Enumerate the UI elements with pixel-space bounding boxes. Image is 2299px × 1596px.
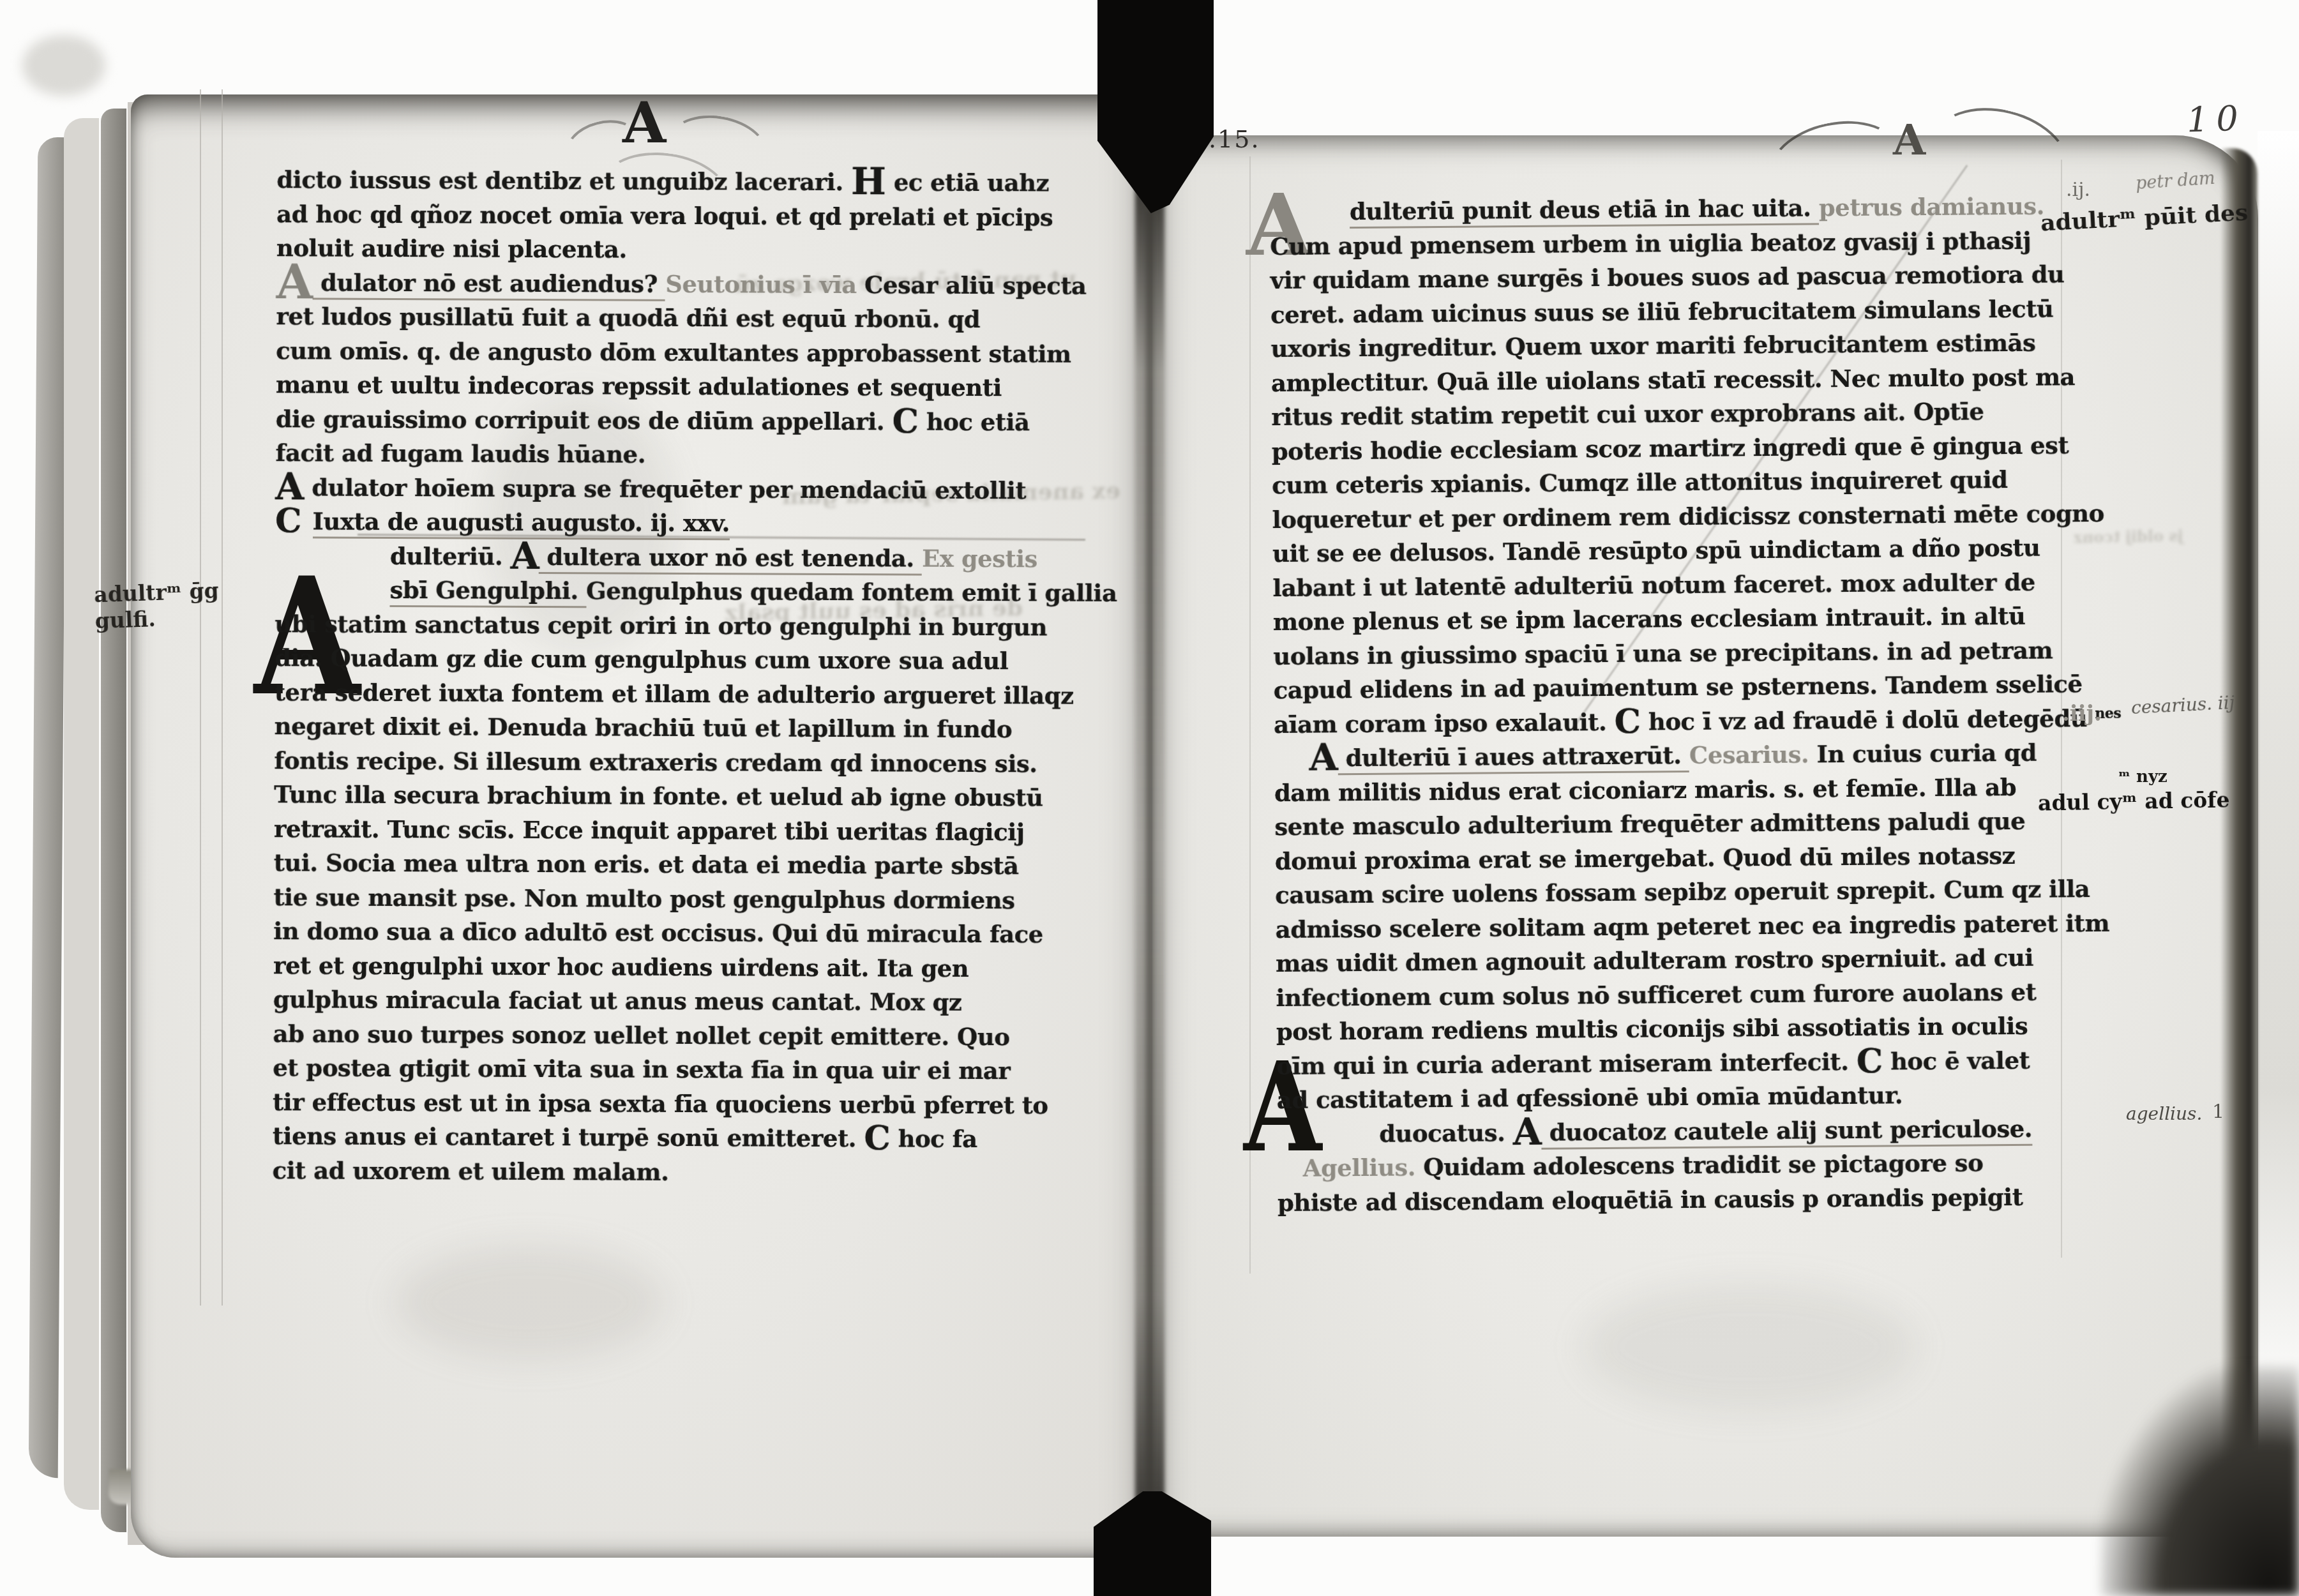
text-segment: A bbox=[1512, 1110, 1541, 1153]
margin-note-adult-superscript: ᵐ nyz bbox=[2118, 767, 2167, 787]
photo-corner-smudge bbox=[22, 35, 105, 96]
text-segment: mas uidit dmen agnouit adulteram rostro … bbox=[1276, 944, 2033, 977]
text-segment: retraxit. Tunc scīs. Ecce inquit apparet… bbox=[274, 815, 1025, 846]
text-line: et postea gtigit omī vita sua in sexta f… bbox=[273, 1053, 1096, 1091]
text-block-left: dicto iussus est dentibz et unguibz lace… bbox=[273, 165, 1101, 1194]
leaf-edge-stack bbox=[101, 109, 126, 1532]
text-segment: C bbox=[864, 1118, 890, 1157]
text-segment: aīam coram ipso exalauit. bbox=[1274, 707, 1615, 738]
text-segment: et postea gtigit omī vita sua in sexta f… bbox=[273, 1053, 1010, 1085]
margin-note-adult-confessione: adul cyᵐ ad cōfe bbox=[2038, 787, 2230, 815]
text-line: phiste ad discendam eloquētiā in causis … bbox=[1278, 1182, 2101, 1223]
text-segment: capud elidens in ad pauimentum se pstern… bbox=[1274, 670, 2083, 704]
text-segment: In cuius curia qd bbox=[1816, 739, 2037, 769]
margin-note-line: adultrᵐ ḡg bbox=[94, 578, 220, 608]
text-line: ubi statim sanctatus cepit oriri in orto… bbox=[275, 610, 1098, 647]
text-segment: domui proxima erat se imergebat. Quod dū… bbox=[1275, 841, 2016, 875]
text-line: tera sederet iuxta fontem et illam de ad… bbox=[275, 678, 1098, 716]
text-segment: uolans in giussimo spaciū ī una se preci… bbox=[1273, 636, 2053, 670]
text-segment: manu et uultu indecoras repssit adulatio… bbox=[276, 370, 1002, 402]
text-line: dulteriū. A dultera uxor nō est tenenda.… bbox=[275, 541, 1099, 579]
bottom-right-shadow bbox=[2100, 1366, 2299, 1596]
text-line: manu et uultu indecoras repssit adulatio… bbox=[276, 370, 1099, 408]
text-segment: A bbox=[276, 255, 313, 310]
text-segment: duocatoz cautele alij sunt periculose. bbox=[1541, 1114, 2032, 1149]
text-segment: Cum apud pmensem urbem in uiglia beatoz … bbox=[1270, 226, 2031, 260]
text-segment: ab ano suo turpes sonoz uellet nollet ce… bbox=[273, 1020, 1009, 1051]
text-block-right: dulteriū punit deus etiā in hac uita. pe… bbox=[1270, 192, 2102, 1223]
text-line: noluit audire nisi placenta. bbox=[276, 234, 1100, 271]
gutter-crease-line bbox=[1147, 211, 1152, 1494]
text-segment: tie sue mansit pse. Non multo post gengu… bbox=[273, 883, 1014, 914]
text-segment: noluit audire nisi placenta. bbox=[276, 234, 627, 263]
text-line: ret et gengulphi uxor hoc audiens uirden… bbox=[273, 951, 1097, 989]
text-line: negaret dixit ei. Denuda brachiū tuū et … bbox=[275, 712, 1098, 749]
text-segment: ad castitatem i ad qfessionē ubi omīa mū… bbox=[1277, 1081, 1903, 1114]
text-line: facit ad fugam laudis hūane. bbox=[275, 439, 1099, 476]
text-segment: dam militis nidus erat ciconiarz maris. … bbox=[1274, 772, 2016, 806]
text-segment: dulator hoīem supra se frequēter per men… bbox=[304, 473, 1026, 504]
text-segment: Tunc illa secura brachium in fonte. et u… bbox=[274, 780, 1043, 811]
text-line: A dulator hoīem supra se frequēter per m… bbox=[275, 473, 1099, 511]
text-segment: Cesar aliū specta bbox=[864, 271, 1087, 300]
header-ornament-right: A bbox=[1893, 115, 1926, 165]
text-segment: hoc fa bbox=[890, 1124, 977, 1153]
margin-note-line: gulfi. bbox=[94, 604, 220, 635]
text-segment: gulphus miracula faciat ut anus meus can… bbox=[273, 985, 962, 1016]
text-segment: uit se ee delusos. Tandē resūpto spū uin… bbox=[1272, 534, 2040, 568]
margin-note-numeral-top: .ij. bbox=[2066, 179, 2090, 201]
text-segment: A bbox=[1309, 735, 1338, 779]
text-line: ab ano suo turpes sonoz uellet nollet ce… bbox=[273, 1020, 1096, 1057]
text-segment: ubi statim sanctatus cepit oriri in orto… bbox=[275, 610, 1047, 641]
text-segment: uxoris ingreditur. Quem uxor mariti febr… bbox=[1270, 329, 2035, 363]
text-segment: ret et gengulphi uxor hoc audiens uirden… bbox=[273, 951, 969, 982]
text-segment: C bbox=[1857, 1041, 1883, 1080]
text-segment: fontis recipe. Si illesum extraxeris cre… bbox=[274, 746, 1037, 778]
text-line: fontis recipe. Si illesum extraxeris cre… bbox=[274, 746, 1097, 784]
text-segment: duocatus. bbox=[1379, 1118, 1513, 1148]
text-segment: Agellius. bbox=[1302, 1153, 1423, 1182]
text-segment: dulteriū ī aues attraxerūt. bbox=[1338, 741, 1689, 775]
text-segment: ceret. adam uicinus suus se iliū februci… bbox=[1270, 294, 2053, 329]
leaf-edge-stack bbox=[29, 137, 68, 1478]
text-segment: hoc etiā bbox=[918, 407, 1029, 436]
text-segment: ec etiā uahz bbox=[886, 168, 1049, 197]
text-segment: tir effectus est ut in ipsa sexta fīa qu… bbox=[273, 1088, 1048, 1119]
text-line: retraxit. Tunc scīs. Ecce inquit apparet… bbox=[274, 815, 1097, 852]
text-segment: facit ad fugam laudis hūane. bbox=[275, 439, 645, 469]
text-segment: H bbox=[851, 160, 886, 203]
margin-note-mark: 1 bbox=[2212, 1101, 2224, 1123]
text-line: cit ad uxorem et uilem malam. bbox=[273, 1156, 1096, 1194]
text-line: ret ludos pusillatū fuit a quodā dñi est… bbox=[276, 302, 1099, 340]
text-segment: sente masculo adulterium frequēter admit… bbox=[1274, 807, 2025, 841]
header-ornament-left: A bbox=[622, 89, 666, 156]
text-segment: cum ceteris xpianis. Cumqz ille attonitu… bbox=[1272, 465, 2008, 499]
text-line: Tunc illa secura brachium in fonte. et u… bbox=[274, 780, 1097, 818]
text-segment: hoc ē valet bbox=[1883, 1046, 2030, 1075]
text-segment: tui. Socia mea ultra non eris. et data e… bbox=[274, 848, 1019, 880]
text-line: C Iuxta de augusti augusto. ij. xxv. bbox=[275, 507, 1099, 545]
text-segment: negaret dixit ei. Denuda brachiū tuū et … bbox=[275, 712, 1013, 743]
text-segment: causam scire uolens fossam sepibz operui… bbox=[1275, 875, 2090, 909]
text-segment: Seutonius ī vīa bbox=[665, 269, 864, 298]
margin-note-adulterium-gengulfi: adultrᵐ ḡg gulfi. bbox=[94, 578, 220, 635]
background-beyond-fore-edge bbox=[2258, 131, 2299, 1408]
folio-number: 10 bbox=[2186, 98, 2247, 140]
text-segment: tiens anus ei cantaret i turpē sonū emit… bbox=[273, 1122, 864, 1152]
leaf-edge-stack bbox=[64, 118, 99, 1510]
text-line: tir effectus est ut in ipsa sexta fīa qu… bbox=[273, 1088, 1096, 1125]
text-line: ad hoc qd qñoz nocet omīa vera loqui. et… bbox=[276, 200, 1100, 237]
text-segment: Gengulphus quedam fontem emit ī gallia bbox=[586, 576, 1117, 607]
text-segment: C bbox=[892, 402, 918, 440]
text-segment: dulteriū punit deus etiā in hac uita. bbox=[1350, 193, 1819, 229]
text-segment: Cesarius. bbox=[1689, 740, 1817, 769]
text-line: tie sue mansit pse. Non multo post gengu… bbox=[273, 883, 1097, 921]
text-line: tiens anus ei cantaret i turpē sonū emit… bbox=[273, 1122, 1096, 1159]
text-line: tui. Socia mea ultra non eris. et data e… bbox=[274, 848, 1097, 886]
text-line: dia. Quadam gz die cum gengulphus cum ux… bbox=[275, 644, 1098, 681]
text-line: in domo sua a dīco adultō est occisus. Q… bbox=[273, 917, 1097, 954]
text-line: cum omīs. q. de angusto dōm exultantes a… bbox=[276, 336, 1099, 374]
margin-note-agellius: agellius. bbox=[2126, 1103, 2202, 1124]
text-segment: dulator nō est audiendus? bbox=[313, 268, 666, 301]
text-segment: labant i ut latentē adulteriū notum face… bbox=[1272, 568, 2035, 601]
text-segment: post horam rediens multis ciconijs sibi … bbox=[1276, 1012, 2028, 1046]
quire-mark: .15. bbox=[1209, 125, 1260, 153]
text-segment: infectionem cum solus nō sufficeret cum … bbox=[1276, 977, 2036, 1011]
text-segment: C bbox=[275, 501, 313, 540]
ruling-line bbox=[200, 89, 201, 1306]
fore-edge bbox=[2220, 148, 2258, 1527]
text-segment: petrus damianus. bbox=[1819, 192, 2044, 222]
text-segment: cum omīs. q. de angusto dōm exultantes a… bbox=[276, 336, 1071, 368]
text-segment: dulteriū. bbox=[390, 541, 511, 570]
text-line: sbī Gengulphi. Gengulphus quedam fontem … bbox=[275, 575, 1098, 613]
text-segment: tera sederet iuxta fontem et illam de ad… bbox=[275, 678, 1074, 709]
text-segment: C bbox=[1614, 702, 1640, 741]
text-segment: ad hoc qd qñoz nocet omīa vera loqui. et… bbox=[276, 200, 1053, 231]
text-segment: dia. Quadam gz die cum gengulphus cum ux… bbox=[275, 644, 1008, 675]
parchment-smudge bbox=[1583, 1283, 1915, 1411]
text-segment: amplectitur. Quā ille uiolans statī rece… bbox=[1271, 363, 2075, 397]
text-segment: cit ad uxorem et uilem malam. bbox=[273, 1156, 669, 1186]
text-segment: vir quidam mane surgēs i boues suos ad p… bbox=[1270, 260, 2065, 294]
text-segment: sbī Gengulphi. bbox=[389, 576, 586, 608]
text-segment: in domo sua a dīco adultō est occisus. Q… bbox=[273, 917, 1043, 948]
manuscript-photo: ut pan fetū brale wozga zū ex anemalia s… bbox=[0, 0, 2299, 1596]
text-segment: phiste ad discendam eloquētiā in causis … bbox=[1278, 1182, 2023, 1216]
text-segment: admisso scelere solitam aqm peteret nec … bbox=[1276, 908, 2110, 943]
text-segment: loqueretur et per ordinem rem didicissz … bbox=[1272, 499, 2104, 533]
text-segment: dicto iussus est dentibz et unguibz lace… bbox=[276, 165, 851, 196]
text-segment: mone plenus et se ipm lacerans ecclesiam… bbox=[1273, 602, 2026, 636]
text-line: gulphus miracula faciat ut anus meus can… bbox=[273, 985, 1097, 1023]
text-segment: A bbox=[510, 534, 539, 577]
text-line: die grauissimo corripuit eos de diūm app… bbox=[276, 405, 1099, 442]
parchment-smudge bbox=[396, 1245, 664, 1360]
text-segment: dultera uxor nō est tenenda. bbox=[539, 542, 922, 575]
text-segment: oīm qui in curia aderant miseram interfe… bbox=[1276, 1047, 1857, 1080]
text-segment: ret ludos pusillatū fuit a quodā dñi est… bbox=[276, 302, 980, 333]
text-segment: poteris hodie ecclesiam scoz martirz ing… bbox=[1272, 431, 2069, 465]
text-line: A dulator nō est audiendus? Seutonius ī … bbox=[276, 268, 1100, 306]
text-segment: Ex gestis bbox=[922, 544, 1037, 573]
text-line: dicto iussus est dentibz et unguibz lace… bbox=[276, 165, 1100, 203]
ruling-line bbox=[222, 89, 223, 1306]
margin-note-numeral-mid: .iij. bbox=[2062, 701, 2102, 726]
text-segment: ritus redit statim repetit cui uxor expr… bbox=[1271, 397, 1984, 431]
text-segment: die grauissimo corripuit eos de diūm app… bbox=[276, 405, 893, 435]
text-segment: Quidam adolescens tradidit se pictagore … bbox=[1423, 1148, 1983, 1181]
text-segment: hoc ī vz ad fraudē i dolū detegēdū bbox=[1640, 704, 2095, 735]
